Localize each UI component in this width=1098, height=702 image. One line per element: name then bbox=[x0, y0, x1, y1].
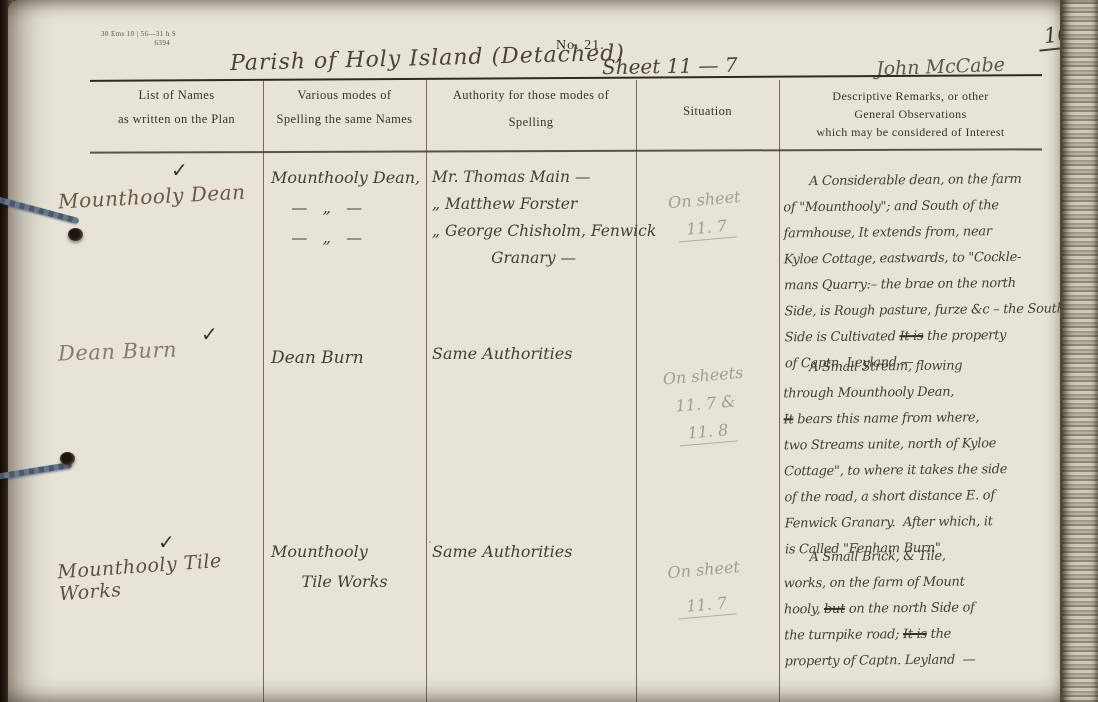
text-segment: Side, is Rough pasture, furze &c – the S… bbox=[784, 301, 1064, 319]
handwritten-line: 11. 8 bbox=[678, 419, 738, 446]
text-segment: A Small Stream, flowing bbox=[809, 359, 962, 376]
handwritten-line: property of Captn. Leyland — bbox=[784, 647, 1052, 676]
text-segment: through Mounthooly Dean, bbox=[783, 385, 954, 402]
text-segment: Side is Cultivated bbox=[785, 329, 900, 345]
authority-cell: Mr. Thomas Main —„ Matthew Forster„ Geor… bbox=[432, 168, 646, 276]
checkmark: ✓ bbox=[158, 530, 175, 554]
column-header-remarks: Descriptive Remarks, or other General Ob… bbox=[779, 88, 1042, 142]
binding-thread bbox=[0, 462, 72, 480]
handwritten-line: works, on the farm of Mount bbox=[784, 569, 1052, 598]
handwritten-line: — „ — bbox=[271, 198, 423, 217]
handwritten-line: Tile Works bbox=[271, 572, 423, 591]
handwritten-line: 11. 7 & bbox=[675, 391, 736, 415]
authority-cell: Same Authorities bbox=[432, 542, 646, 570]
authority-cell: Same Authorities bbox=[432, 344, 646, 372]
handwritten-line: Dean Burn bbox=[271, 348, 423, 368]
text-segment: of "Mounthooly"; and South of the bbox=[783, 198, 999, 215]
handwritten-line: On sheet bbox=[667, 557, 741, 582]
name-cell: Dean Burn bbox=[58, 334, 269, 365]
text-segment: the bbox=[927, 627, 951, 642]
column-header-spelling-modes: Various modes of Spelling the same Names bbox=[263, 88, 426, 136]
printers-reference-number: 6394 bbox=[101, 39, 176, 48]
name-cell: Mounthooly Dean bbox=[58, 179, 269, 214]
struck-text: It is bbox=[903, 627, 927, 642]
handwritten-line: — „ — bbox=[271, 228, 423, 247]
handwritten-line: of "Mounthooly"; and South of the bbox=[783, 193, 1051, 222]
situation-cell: On sheet11. 7 bbox=[633, 554, 779, 639]
text-segment: farmhouse, It extends from, near bbox=[784, 224, 992, 241]
handwritten-line: Side, is Rough pasture, furze &c – the S… bbox=[784, 297, 1052, 326]
struck-text: It bbox=[784, 412, 794, 427]
struck-text: but bbox=[824, 602, 845, 617]
binding-hole bbox=[60, 452, 75, 465]
handwritten-line: Mounthooly bbox=[271, 542, 423, 561]
handwritten-line: A Small Stream, flowing bbox=[783, 353, 1051, 382]
text-segment: Fenwick Granary. After which, it bbox=[785, 514, 993, 531]
spelling-modes-cell: Dean Burn bbox=[271, 348, 423, 379]
handwritten-line: „ George Chisholm, Fenwick bbox=[432, 222, 646, 240]
situation-cell: On sheets11. 7 &11. 8 bbox=[632, 360, 779, 459]
text-segment: on the north Side of bbox=[845, 600, 975, 616]
book-page-edges bbox=[1060, 0, 1098, 702]
spelling-modes-cell: Mounthooly Dean, — „ — — „ — bbox=[271, 168, 423, 258]
table-column-divider bbox=[426, 80, 427, 702]
printers-reference-line: 30 Ems 10 | 56—31 h S bbox=[101, 30, 176, 39]
handwritten-line: hooly, but on the north Side of bbox=[784, 595, 1052, 624]
handwritten-line: two Streams unite, north of Kyloe bbox=[784, 431, 1052, 460]
remarks-cell: A Small Stream, flowingthrough Mounthool… bbox=[783, 353, 1053, 564]
checkmark: ✓ bbox=[171, 158, 188, 182]
remarks-cell: A Small Brick, & Tile,works, on the farm… bbox=[783, 543, 1052, 676]
text-segment: two Streams unite, north of Kyloe bbox=[784, 436, 996, 453]
handwritten-line: Same Authorities bbox=[432, 542, 646, 561]
column-header-situation: Situation bbox=[636, 88, 779, 128]
text-segment: A Considerable dean, on the farm bbox=[809, 172, 1022, 189]
paper-foxing-specks bbox=[8, 0, 12, 4]
handwritten-line: A Considerable dean, on the farm bbox=[783, 167, 1051, 196]
handwritten-line: Mounthooly Dean, bbox=[271, 168, 423, 187]
handwritten-line: Side is Cultivated It is the property bbox=[785, 323, 1053, 352]
handwritten-line: On sheets bbox=[662, 363, 744, 389]
text-segment: Kyloe Cottage, eastwards, to "Cockle- bbox=[784, 250, 1021, 267]
parish-title-handwritten: Parish of Holy Island (Detached) bbox=[230, 41, 625, 76]
handwritten-line: of the road, a short distance E. of bbox=[784, 483, 1052, 512]
handwritten-line: Same Authorities bbox=[432, 344, 646, 363]
table-column-divider bbox=[779, 80, 780, 702]
text-segment: A Small Brick, & Tile, bbox=[809, 549, 945, 565]
handwritten-line: A Small Brick, & Tile, bbox=[783, 543, 1051, 572]
text-segment: of the road, a short distance E. of bbox=[784, 488, 995, 505]
text-segment: Cottage", to where it takes the side bbox=[784, 462, 1007, 479]
handwritten-line: „ Matthew Forster bbox=[432, 195, 646, 213]
handwritten-line: mans Quarry:– the brae on the north bbox=[784, 271, 1052, 300]
printers-reference: 30 Ems 10 | 56—31 h S 6394 bbox=[101, 30, 176, 48]
handwritten-line: 11. 7 bbox=[677, 215, 737, 242]
column-header-names: List of Names as written on the Plan bbox=[90, 88, 263, 136]
binding-hole bbox=[68, 228, 83, 241]
column-header-authority: Authority for those modes of Spelling bbox=[426, 88, 636, 142]
handwritten-line: farmhouse, It extends from, near bbox=[783, 219, 1051, 248]
text-segment: bears this name from where, bbox=[793, 410, 979, 427]
handwritten-line: It bears this name from where, bbox=[783, 405, 1051, 434]
name-book-page: 30 Ems 10 | 56—31 h S 6394 No. 21. 163 P… bbox=[8, 0, 1062, 702]
text-segment: works, on the farm of Mount bbox=[784, 575, 965, 592]
remarks-cell: A Considerable dean, on the farmof "Moun… bbox=[783, 167, 1053, 378]
handwritten-line: Mr. Thomas Main — bbox=[432, 168, 646, 186]
handwritten-line: the turnpike road; It is the bbox=[784, 621, 1052, 650]
handwritten-line: Cottage", to where it takes the side bbox=[784, 457, 1052, 486]
situation-cell: On sheet11. 7 bbox=[634, 184, 779, 255]
handwritten-line: On sheet bbox=[667, 187, 741, 212]
handwritten-line: Fenwick Granary. After which, it bbox=[785, 509, 1053, 538]
spelling-modes-cell: Mounthooly Tile Works bbox=[271, 542, 423, 602]
table-header-underline bbox=[90, 148, 1042, 153]
text-segment: hooly, bbox=[784, 602, 824, 617]
text-segment: property of Captn. Leyland — bbox=[784, 652, 975, 669]
table-column-divider bbox=[263, 80, 264, 702]
handwritten-line: through Mounthooly Dean, bbox=[783, 379, 1051, 408]
handwritten-line: Kyloe Cottage, eastwards, to "Cockle- bbox=[784, 245, 1052, 274]
text-segment: the property bbox=[923, 328, 1006, 344]
name-cell: Mounthooly Tile Works bbox=[57, 547, 270, 606]
scanned-page-photo: 30 Ems 10 | 56—31 h S 6394 No. 21. 163 P… bbox=[0, 0, 1098, 702]
struck-text: It is bbox=[899, 329, 923, 344]
text-segment: mans Quarry:– the brae on the north bbox=[784, 276, 1016, 293]
text-segment: the turnpike road; bbox=[784, 627, 903, 643]
handwritten-line: 11. 7 bbox=[677, 592, 737, 619]
handwritten-line: Granary — bbox=[432, 249, 646, 267]
